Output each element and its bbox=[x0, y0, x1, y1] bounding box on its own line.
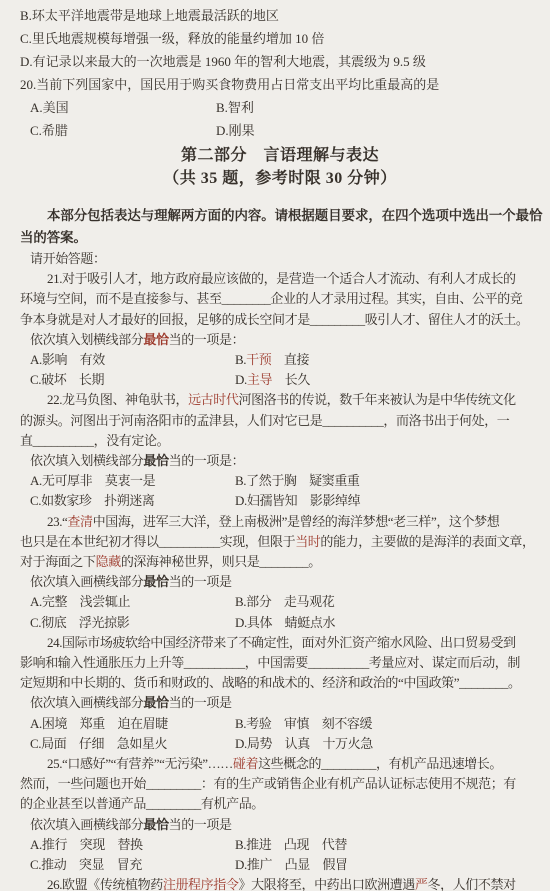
question-text-line: 的源头。河图出于河南洛阳市的孟津县，人们对它已是__________，而洛书出于… bbox=[20, 411, 540, 431]
question-block-23: 23.“查清中国海，进军三大洋，登上南极洲”是曾经的海洋梦想“老三样”，这个梦想… bbox=[20, 512, 540, 633]
text-segment: 当的一项是 bbox=[169, 817, 232, 832]
text-segment: 依次填入划横线部分 bbox=[30, 332, 143, 347]
text-segment: 最恰 bbox=[143, 574, 168, 589]
text-segment: 也只是在本世纪初才得以__________实现，但限于 bbox=[20, 534, 295, 549]
text-segment: 22.龙马负图、神龟驮书， bbox=[47, 392, 188, 407]
option-row: A.完整 浅尝辄止B.部分 走马观花 bbox=[20, 592, 540, 612]
question-text-line: 直__________，没有定论。 bbox=[20, 431, 540, 451]
question-block-22: 22.龙马负图、神龟驮书，远古时代河图洛书的传说，数千年来被认为是中华传统文化的… bbox=[20, 390, 540, 511]
text-segment: 中国海，进军三大洋，登上南极洲”是曾经的海洋梦想“老三样”，这个梦想 bbox=[93, 514, 500, 529]
option-cell: D.推广 凸显 假冒 bbox=[235, 857, 348, 872]
question-text-line: 21.对于吸引人才，地方政府最应该做的，是营造一个适合人才流动、有利人才成长的 bbox=[20, 269, 540, 289]
option-row: A.美国B.智利 bbox=[20, 96, 540, 119]
red-marked-text: 远古时代 bbox=[188, 392, 238, 407]
red-marked-text: 碰着 bbox=[233, 756, 258, 771]
text-line: 20.当前下列国家中，国民用于购买食物费用占日常支出平均比重最高的是 bbox=[20, 73, 540, 96]
question-block-21: 21.对于吸引人才，地方政府最应该做的，是营造一个适合人才流动、有利人才成长的环… bbox=[20, 269, 540, 390]
option-cell: C.如数家珍 扑朔迷离 bbox=[30, 491, 235, 511]
question-prompt: 依次填入画横线部分最恰当的一项是 bbox=[20, 815, 540, 835]
option-row: A.影响 有效B.干预 直接 bbox=[20, 350, 540, 370]
text-line: C.里氏地震规模每增强一级，释放的能量约增加 10 倍 bbox=[20, 27, 540, 50]
option-cell: C.推动 突显 冒充 bbox=[30, 855, 235, 875]
option-row: A.困境 郑重 迫在眉睫B.考验 审慎 刻不容缓 bbox=[20, 714, 540, 734]
option-cell: A.美国 bbox=[30, 96, 216, 119]
text-segment: 依次填入画横线部分 bbox=[30, 817, 143, 832]
red-marked-text: 隐藏 bbox=[96, 554, 121, 569]
text-segment: 最恰 bbox=[143, 695, 168, 710]
option-cell: B.部分 走马观花 bbox=[235, 594, 334, 609]
question-text-line: 25.“口感好”“有营养”“无污染”……碰着这些概念的_________，有机产… bbox=[20, 754, 540, 774]
text-segment: 25.“口感好”“有营养”“无污染”…… bbox=[47, 756, 233, 771]
option-cell: D.具体 蜻蜓点水 bbox=[235, 615, 335, 630]
red-marked-text: 注册程序指令 bbox=[163, 877, 239, 891]
text-segment: 的深海神秘世界，则只是________。 bbox=[121, 554, 321, 569]
red-marked-text: 最恰 bbox=[143, 332, 168, 347]
exam-paper-page: B.环太平洋地震带是地球上地震最活跃的地区C.里氏地震规模每增强一级，释放的能量… bbox=[0, 0, 550, 891]
question-text-line: 对于海面之下隐藏的深海神秘世界，则只是________。 bbox=[20, 552, 540, 572]
red-marked-text: 干预 bbox=[246, 352, 271, 367]
begin-prompt: 请开始答题： bbox=[20, 249, 540, 269]
option-row: C.如数家珍 扑朔迷离D.妇孺皆知 影影绰绰 bbox=[20, 491, 540, 511]
option-cell: D.主导 长久 bbox=[235, 372, 310, 387]
text-segment: 这些概念的_________，有机产品迅速增长。 bbox=[258, 756, 502, 771]
option-cell: B.干预 直接 bbox=[235, 352, 309, 367]
question-text-line: 争本身就是对人才最好的回报，足够的成长空间才是_________吸引人才、留住人… bbox=[20, 310, 540, 330]
text-segment: 河图洛书的传说，数千年来被认为是中华传统文化 bbox=[238, 392, 515, 407]
text-segment: 26.欧盟《传统植物药 bbox=[47, 877, 163, 891]
text-segment: B. bbox=[235, 352, 246, 367]
section-title: 第二部分 言语理解与表达 bbox=[20, 144, 540, 167]
text-segment: 冬，人们不禁对 bbox=[427, 877, 515, 891]
question-prompt: 依次填入划横线部分最恰当的一项是： bbox=[20, 330, 540, 350]
option-row: C.希腊D.刚果 bbox=[20, 119, 540, 142]
red-marked-text: 严 bbox=[415, 877, 428, 891]
text-segment: 依次填入划横线部分 bbox=[30, 453, 143, 468]
option-cell: A.影响 有效 bbox=[30, 350, 235, 370]
text-segment: 》大限将至，中药出口欧洲遭遇 bbox=[238, 877, 414, 891]
instruction-line: 当的答案。 bbox=[20, 227, 540, 249]
question-block-25: 25.“口感好”“有营养”“无污染”……碰着这些概念的_________，有机产… bbox=[20, 754, 540, 875]
text-segment: 的能力，主要做的是海洋的表面文章， bbox=[320, 534, 534, 549]
option-cell: C.希腊 bbox=[30, 119, 216, 142]
option-row: A.无可厚非 莫衷一是B.了然于胸 疑窦重重 bbox=[20, 471, 540, 491]
question-text-line: 影响和输入性通胀压力上升等__________，中国需要__________考量… bbox=[20, 653, 540, 673]
option-cell: B.智利 bbox=[216, 100, 254, 115]
text-line: D.有记录以来最大的一次地震是 1960 年的智利大地震，其震级为 9.5 级 bbox=[20, 50, 540, 73]
option-cell: B.考验 审慎 刻不容缓 bbox=[235, 716, 372, 731]
text-line: B.环太平洋地震带是地球上地震最活跃的地区 bbox=[20, 4, 540, 27]
question-text-line: 22.龙马负图、神龟驮书，远古时代河图洛书的传说，数千年来被认为是中华传统文化 bbox=[20, 390, 540, 410]
red-marked-text: 当时 bbox=[295, 534, 320, 549]
option-cell: B.了然于胸 疑窦重重 bbox=[235, 473, 360, 488]
instruction-line: 本部分包括表达与理解两方面的内容。请根据题目要求，在四个选项中选出一个最恰 bbox=[20, 205, 540, 227]
text-segment: D. bbox=[235, 372, 247, 387]
option-cell: B.推进 凸现 代替 bbox=[235, 837, 347, 852]
option-row: C.彻底 浮光掠影D.具体 蜻蜓点水 bbox=[20, 613, 540, 633]
option-row: C.破坏 长期D.主导 长久 bbox=[20, 370, 540, 390]
text-segment: 依次填入画横线部分 bbox=[30, 695, 143, 710]
option-cell: C.彻底 浮光掠影 bbox=[30, 613, 235, 633]
option-cell: D.刚果 bbox=[216, 123, 255, 138]
question-text-line: 也只是在本世纪初才得以__________实现，但限于当时的能力，主要做的是海洋… bbox=[20, 532, 540, 552]
question-text-line: 定短期和中长期的、货币和财政的、战略的和战术的、经济和政治的“中国政策”____… bbox=[20, 673, 540, 693]
question-text-line: 然而，一些问题也开始_________：有的生产或销售企业有机产品认证标志使用不… bbox=[20, 774, 540, 794]
option-cell: A.困境 郑重 迫在眉睫 bbox=[30, 714, 235, 734]
question-text-line: 23.“查清中国海，进军三大洋，登上南极洲”是曾经的海洋梦想“老三样”，这个梦想 bbox=[20, 512, 540, 532]
option-cell: A.完整 浅尝辄止 bbox=[30, 592, 235, 612]
question-prompt: 依次填入划横线部分最恰当的一项是： bbox=[20, 451, 540, 471]
option-cell: C.破坏 长期 bbox=[30, 370, 235, 390]
section-instructions: 本部分包括表达与理解两方面的内容。请根据题目要求，在四个选项中选出一个最恰当的答… bbox=[20, 205, 540, 249]
text-segment: 长久 bbox=[272, 372, 310, 387]
text-segment: 当的一项是： bbox=[169, 332, 245, 347]
red-marked-text: 主导 bbox=[247, 372, 272, 387]
option-row: C.推动 突显 冒充D.推广 凸显 假冒 bbox=[20, 855, 540, 875]
text-segment: 直接 bbox=[271, 352, 309, 367]
option-cell: A.推行 突现 替换 bbox=[30, 835, 235, 855]
previous-questions-block: B.环太平洋地震带是地球上地震最活跃的地区C.里氏地震规模每增强一级，释放的能量… bbox=[20, 4, 540, 142]
text-segment: 最恰 bbox=[143, 453, 168, 468]
question-26-lead: 26.欧盟《传统植物药注册程序指令》大限将至，中药出口欧洲遭遇严冬，人们不禁对 bbox=[20, 875, 540, 891]
option-cell: D.妇孺皆知 影影绰绰 bbox=[235, 493, 360, 508]
text-segment: 当的一项是 bbox=[169, 695, 232, 710]
question-prompt: 依次填入画横线部分最恰当的一项是 bbox=[20, 693, 540, 713]
section-meta: （共 35 题，参考时限 30 分钟） bbox=[20, 167, 540, 190]
option-cell: A.无可厚非 莫衷一是 bbox=[30, 471, 235, 491]
question-text-line: 24.国际市场疲软给中国经济带来了不确定性，面对外汇资产缩水风险、出口贸易受到 bbox=[20, 633, 540, 653]
red-marked-text: 查清 bbox=[67, 514, 92, 529]
text-segment: 最恰 bbox=[143, 817, 168, 832]
option-cell: D.局势 认真 十万火急 bbox=[235, 736, 373, 751]
question-text-line: 的企业甚至以普通产品_________有机产品。 bbox=[20, 794, 540, 814]
text-segment: 当的一项是： bbox=[169, 453, 245, 468]
option-row: A.推行 突现 替换B.推进 凸现 代替 bbox=[20, 835, 540, 855]
question-block-24: 24.国际市场疲软给中国经济带来了不确定性，面对外汇资产缩水风险、出口贸易受到影… bbox=[20, 633, 540, 754]
questions-container: 21.对于吸引人才，地方政府最应该做的，是营造一个适合人才流动、有利人才成长的环… bbox=[20, 269, 540, 875]
text-segment: 23.“ bbox=[47, 514, 67, 529]
option-row: C.局面 仔细 急如星火D.局势 认真 十万火急 bbox=[20, 734, 540, 754]
question-text-line: 环境与空间，而不是直接参与、甚至________企业的人才录用过程。其实，自由、… bbox=[20, 289, 540, 309]
text-segment: 当的一项是 bbox=[169, 574, 232, 589]
text-segment: 依次填入画横线部分 bbox=[30, 574, 143, 589]
question-prompt: 依次填入画横线部分最恰当的一项是 bbox=[20, 572, 540, 592]
option-cell: C.局面 仔细 急如星火 bbox=[30, 734, 235, 754]
text-segment: 对于海面之下 bbox=[20, 554, 96, 569]
